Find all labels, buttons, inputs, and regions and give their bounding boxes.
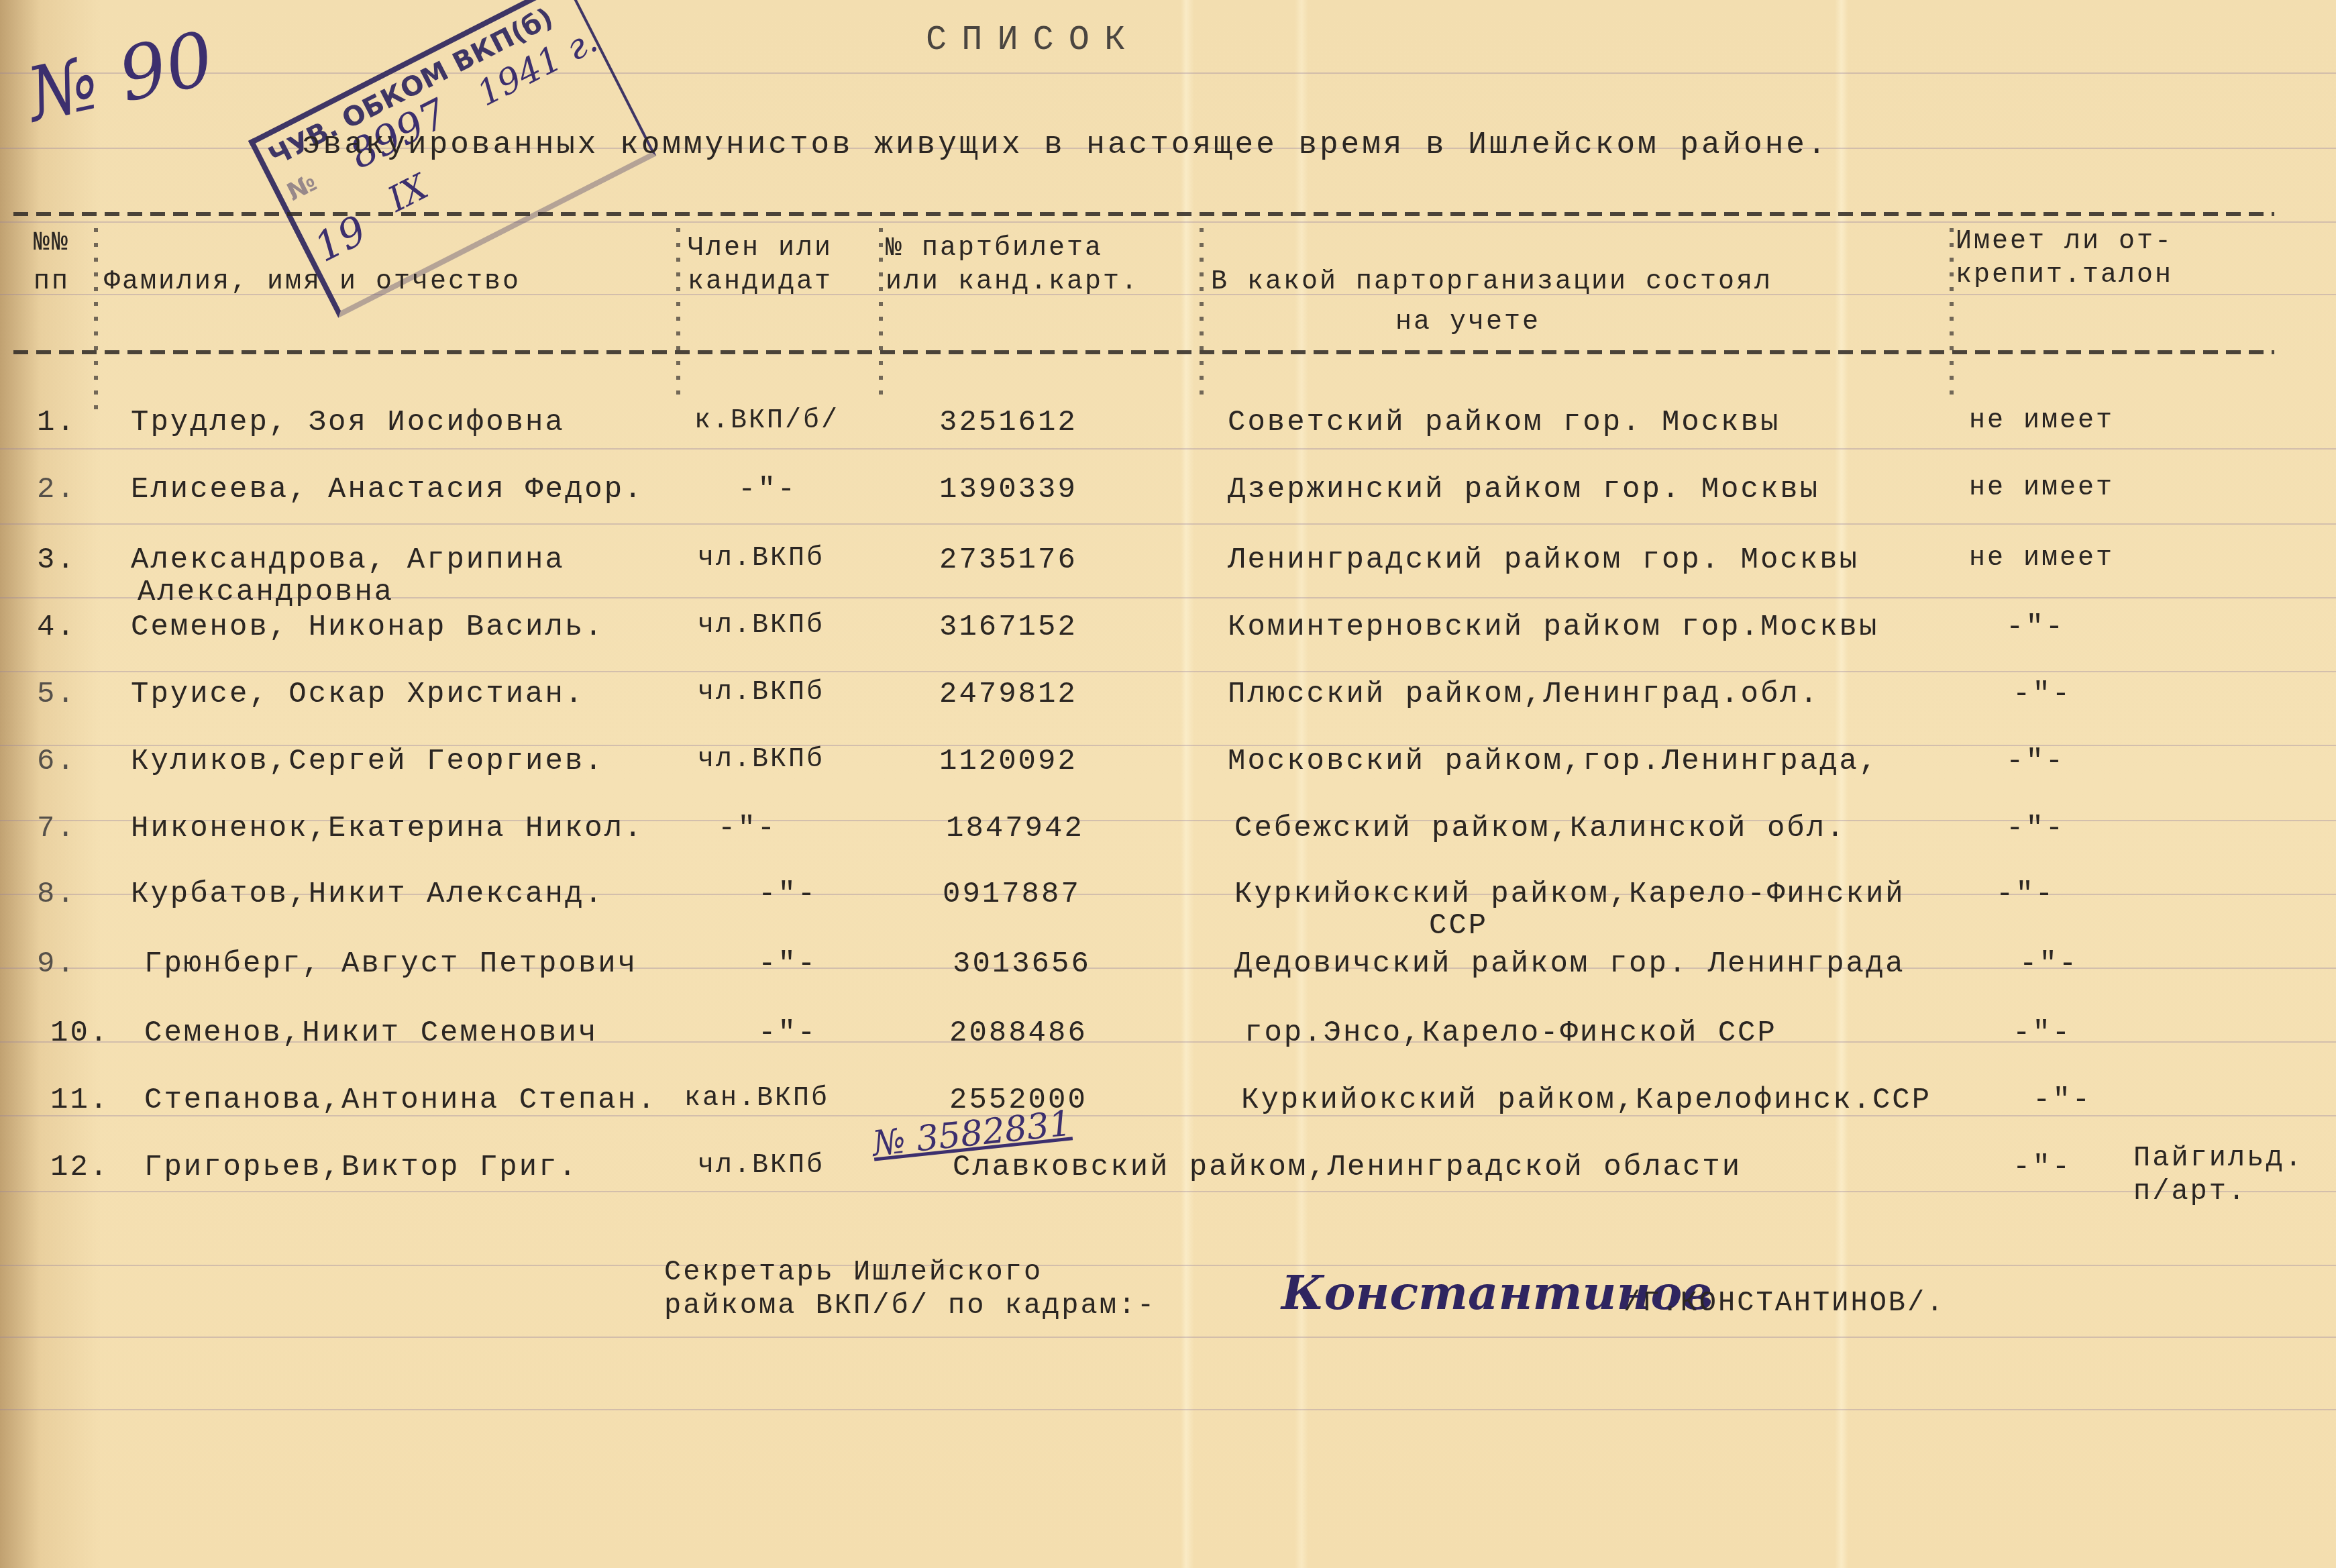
row-talon: -"- xyxy=(2019,947,2078,981)
row-num: 11. xyxy=(50,1084,109,1117)
row-talon: -"- xyxy=(2006,745,2065,778)
row-card: 1847942 xyxy=(946,812,1084,845)
row-num: 6. xyxy=(37,745,76,778)
row-card: 1120092 xyxy=(939,745,1077,778)
row-num: 10. xyxy=(50,1016,109,1050)
document-page: № 90 ЧУВ. ОБКОМ ВКП(б) № 8997 1941 г. 19… xyxy=(0,0,2336,1568)
row-org: Славковский райком,Ленинградской области xyxy=(953,1151,1742,1184)
row-status: -"- xyxy=(758,947,817,981)
row-num: 7. xyxy=(37,812,76,845)
archive-number: № 90 xyxy=(20,15,221,138)
signature-title-line2: райкома ВКП/б/ по кадрам:- xyxy=(664,1290,1156,1322)
row-org-cont: ССР xyxy=(1429,909,1488,943)
row-card: 2088486 xyxy=(949,1016,1087,1050)
col-org-line2: на учете xyxy=(1395,307,1540,337)
row-card: 1390339 xyxy=(939,473,1077,507)
row-status: -"- xyxy=(758,1016,817,1050)
row-talon: не имеет xyxy=(1969,473,2114,503)
row-card: 3251612 xyxy=(939,406,1077,439)
row-status: чл.ВКПб xyxy=(698,745,825,775)
row-name: Курбатов,Никит Александ. xyxy=(131,878,604,911)
row-name: Куликов,Сергей Георгиев. xyxy=(131,745,604,778)
row-org: Дедовичский райком гор. Ленинграда xyxy=(1234,947,1905,981)
row-name: Семенов, Никонар Василь. xyxy=(131,611,604,644)
row-name: Семенов,Никит Семенович xyxy=(144,1016,598,1050)
row-num: 8. xyxy=(37,878,76,911)
page-title: СПИСОК xyxy=(926,20,1140,60)
row-talon: -"- xyxy=(2033,1084,2092,1117)
row-talon: -"- xyxy=(1996,878,2055,911)
row-name: Степанова,Антонина Степан. xyxy=(144,1084,657,1117)
row-name: Трудлер, Зоя Иосифовна xyxy=(131,406,565,439)
signature-title-line1: Секретарь Ишлейского xyxy=(664,1256,1043,1288)
row-org: Куркийокский райком,Карелофинск.ССР xyxy=(1241,1084,1931,1117)
row-talon: -"- xyxy=(2006,611,2065,644)
stamp-day: 19 xyxy=(307,207,374,272)
row-card: 0917887 xyxy=(943,878,1081,911)
row-talon: -"- xyxy=(2013,678,2072,711)
row-card: 2479812 xyxy=(939,678,1077,711)
row-status: -"- xyxy=(718,812,777,845)
row-org: Московский райком,гор.Ленинграда, xyxy=(1228,745,1878,778)
row-name: Никоненок,Екатерина Никол. xyxy=(131,812,644,845)
page-subtitle: эвакуированных коммунистов живущих в нас… xyxy=(302,127,1829,162)
col-num-line2: пп xyxy=(34,267,70,297)
row-org: Ленинградский райком гор. Москвы xyxy=(1228,543,1859,577)
row-status: к.ВКП/б/ xyxy=(694,406,839,436)
row-status: -"- xyxy=(758,878,817,911)
col-status-line2: кандидат xyxy=(688,267,833,297)
row-status: -"- xyxy=(738,473,797,507)
row-num: 3. xyxy=(37,543,76,577)
row-talon: не имеет xyxy=(1969,543,2114,574)
row-org: Себежский райком,Калинской обл. xyxy=(1234,812,1846,845)
row-name: Грюнберг, Август Петрович xyxy=(144,947,637,981)
row-status: чл.ВКПб xyxy=(698,543,825,574)
col-talon-line2: крепит.талон xyxy=(1956,260,2173,291)
row-name: Григорьев,Виктор Григ. xyxy=(144,1151,578,1184)
row-name-cont: Александровна xyxy=(138,576,394,609)
row-org: Советский райком гор. Москвы xyxy=(1228,406,1780,439)
row-note-line1: Пайгильд. xyxy=(2133,1142,2304,1174)
row-num: 2. xyxy=(37,473,76,507)
signature-typed-name: /Г.КОНСТАНТИНОВ/. xyxy=(1624,1287,1945,1319)
row-num: 9. xyxy=(37,947,76,981)
row-name: Александрова, Агрипина xyxy=(131,543,565,577)
row-org: Плюсский райком,Ленинград.обл. xyxy=(1228,678,1819,711)
row-card: 3167152 xyxy=(939,611,1077,644)
row-talon: не имеет xyxy=(1969,406,2114,436)
row-org: гор.Энсо,Карело-Финской ССР xyxy=(1244,1016,1777,1050)
row-num: 1. xyxy=(37,406,76,439)
row-name: Труисе, Оскар Христиан. xyxy=(131,678,584,711)
col-card-line2: или канд.карт. xyxy=(886,267,1139,297)
row-org: Куркийокский райком,Карело-Финский xyxy=(1234,878,1905,911)
row-status: чл.ВКПб xyxy=(698,678,825,708)
row-status: чл.ВКПб xyxy=(698,611,825,641)
header-bottom-rule xyxy=(13,350,2274,354)
col-num-line1: №№ xyxy=(34,228,70,258)
row-note-line2: п/арт. xyxy=(2133,1175,2247,1208)
col-talon-line1: Имеет ли от- xyxy=(1956,227,2173,257)
row-talon: -"- xyxy=(2013,1016,2072,1050)
row-org: Дзержинский райком гор. Москвы xyxy=(1228,473,1819,507)
col-card-line1: № партбилета xyxy=(886,233,1103,264)
row-talon: -"- xyxy=(2006,812,2065,845)
col-status-line1: Член или xyxy=(688,233,833,264)
row-card: 2735176 xyxy=(939,543,1077,577)
row-card: 3013656 xyxy=(953,947,1091,981)
col-name: Фамилия, имя и отчество xyxy=(104,267,521,297)
row-status: кан.ВКПб xyxy=(684,1084,829,1114)
row-talon: -"- xyxy=(2013,1151,2072,1184)
row-org: Коминтерновский райком гор.Москвы xyxy=(1228,611,1878,644)
row-num: 5. xyxy=(37,678,76,711)
row-name: Елисеева, Анастасия Федор. xyxy=(131,473,644,507)
col-org-line1: В какой парторганизации состоял xyxy=(1211,267,1772,297)
row-num: 12. xyxy=(50,1151,109,1184)
header-top-rule xyxy=(13,212,2274,216)
stamp-number-label: № xyxy=(282,169,321,207)
row-num: 4. xyxy=(37,611,76,644)
row-status: чл.ВКПб xyxy=(698,1151,825,1181)
